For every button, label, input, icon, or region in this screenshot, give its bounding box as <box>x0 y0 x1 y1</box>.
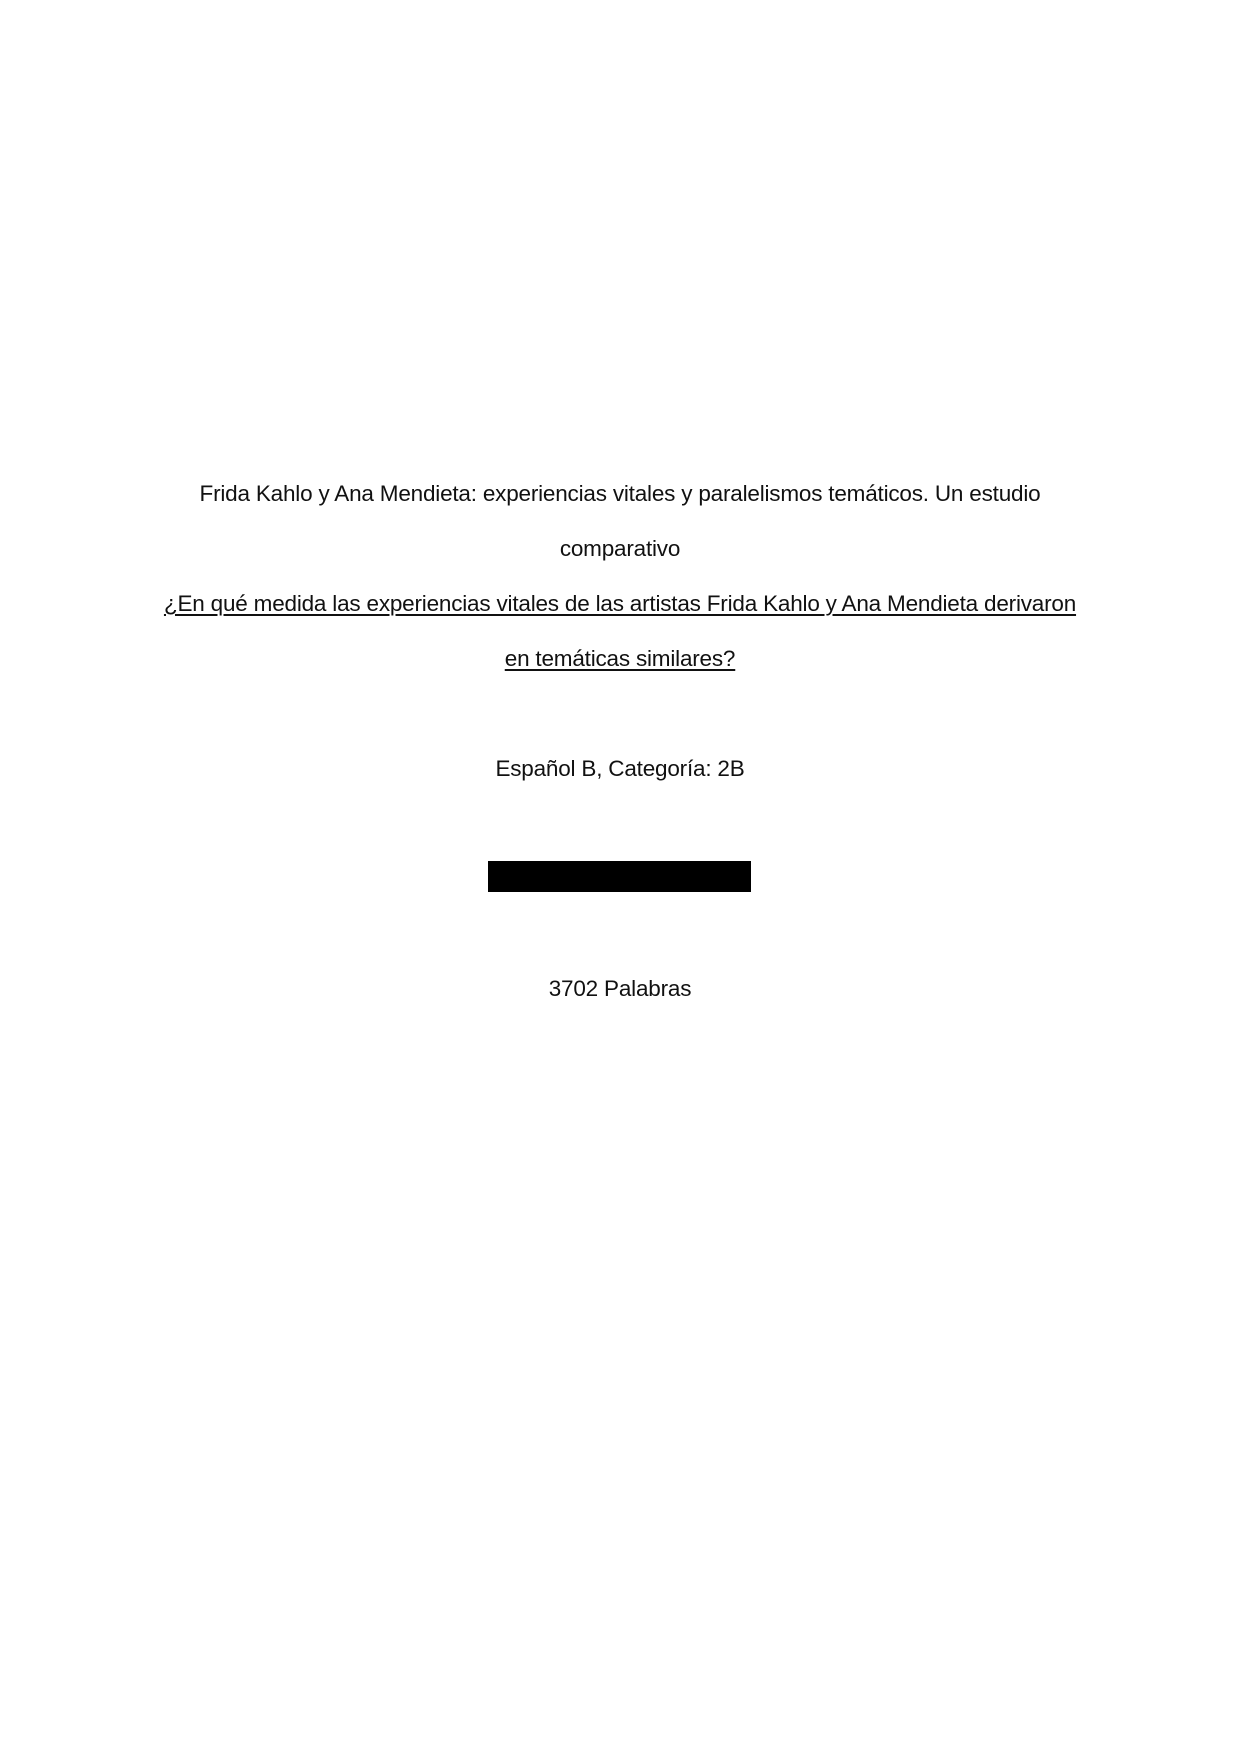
research-question-text-2: en temáticas similares? <box>505 646 736 671</box>
research-question-line-2: en temáticas similares? <box>0 645 1240 673</box>
word-count: 3702 Palabras <box>0 975 1240 1003</box>
essay-title-line-1: Frida Kahlo y Ana Mendieta: experiencias… <box>0 480 1240 508</box>
document-page: Frida Kahlo y Ana Mendieta: experiencias… <box>0 0 1240 1753</box>
essay-title-line-2: comparativo <box>0 535 1240 563</box>
research-question-text-1: ¿En qué medida las experiencias vitales … <box>164 591 1076 616</box>
subject-category: Español B, Categoría: 2B <box>0 755 1240 783</box>
research-question-line-1: ¿En qué medida las experiencias vitales … <box>0 590 1240 618</box>
redaction-bar <box>488 861 751 892</box>
